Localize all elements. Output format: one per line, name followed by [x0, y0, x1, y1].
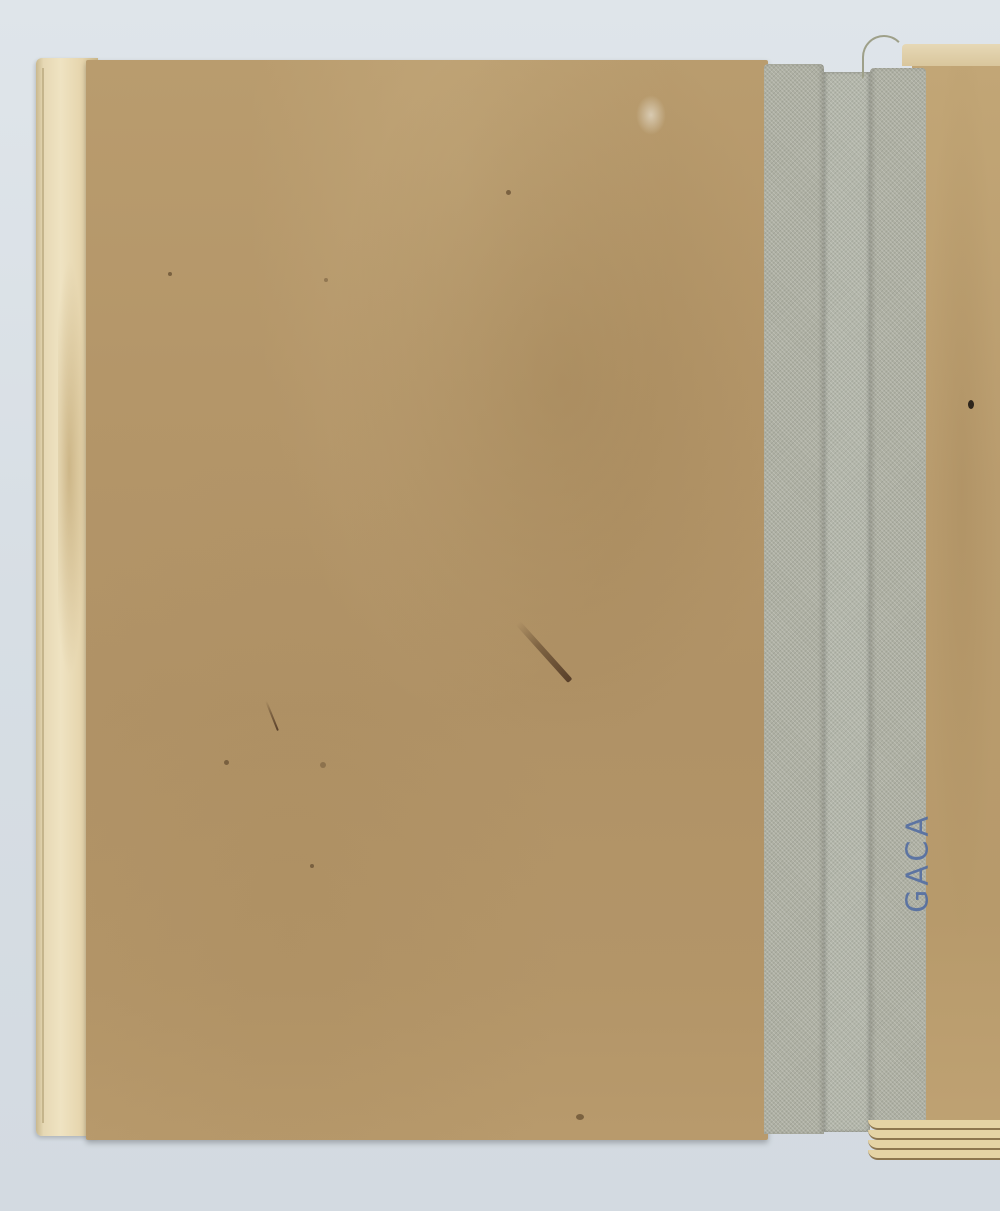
- speck: [168, 272, 172, 276]
- ink-dot: [968, 400, 974, 409]
- speck: [576, 1114, 584, 1120]
- speck: [310, 864, 314, 868]
- back-cover-board: [86, 60, 768, 1140]
- scuff-mark: [636, 95, 666, 135]
- frayed-page-top: [902, 44, 1000, 66]
- scan-scene: GACA: [0, 0, 1000, 1211]
- spine-tape-left: [764, 64, 824, 1134]
- spine-handwritten-label: GACA: [901, 803, 936, 923]
- pencil-mark: [265, 701, 279, 731]
- spine-tape-right: [870, 68, 926, 1126]
- speck: [320, 762, 326, 768]
- speck: [324, 278, 328, 282]
- page-edges-bottom: [868, 1120, 1000, 1180]
- speck: [506, 190, 511, 195]
- water-stain: [58, 258, 86, 678]
- spine-tape-middle: [824, 72, 870, 1132]
- speck: [224, 760, 229, 765]
- ink-streak: [516, 621, 573, 683]
